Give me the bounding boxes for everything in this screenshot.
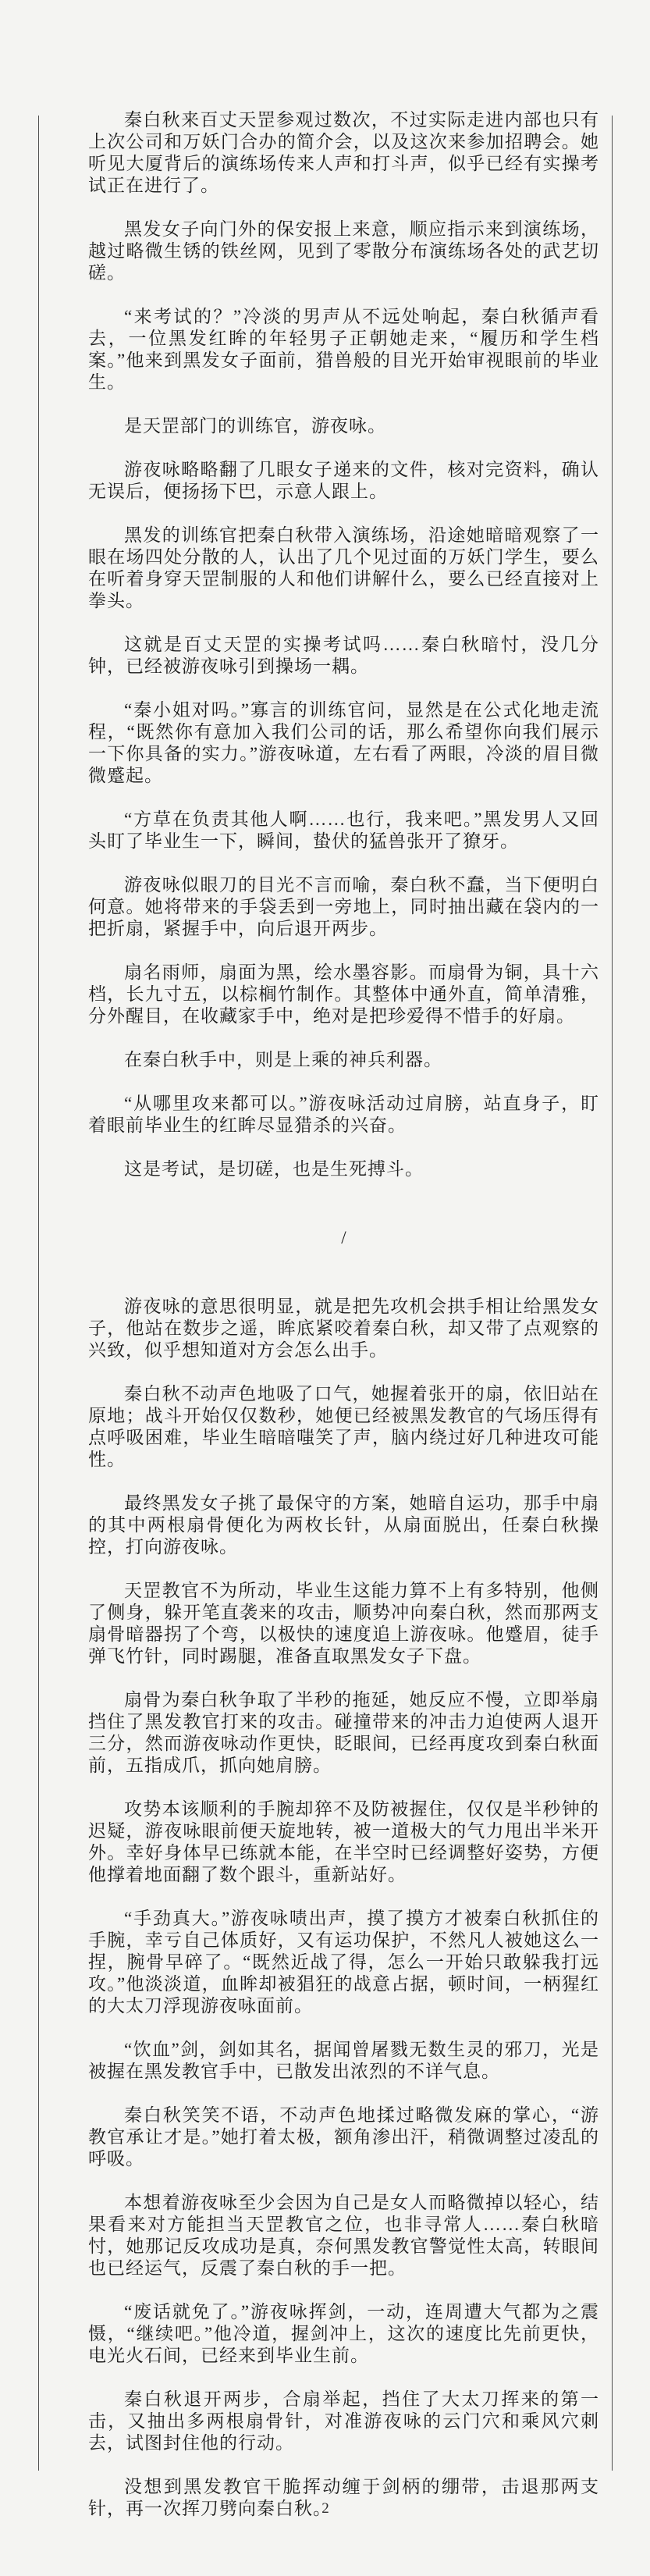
paragraph: 在秦白秋手中，则是上乘的神兵利器。 xyxy=(88,1049,599,1071)
paragraph: “秦小姐对吗。”寡言的训练官问，显然是在公式化地走流程，“既然你有意加入我们公司… xyxy=(88,699,599,787)
paragraph: 游夜咏的意思很明显，就是把先攻机会拱手相让给黑发女子，他站在数步之遥，眸底紧咬着… xyxy=(88,1296,599,1361)
text-column: 秦白秋来百丈天罡参观过数次，不过实际走进内部也只有上次公司和万妖门合办的简介会，… xyxy=(88,109,599,2542)
paragraph: “废话就免了。”游夜咏挥剑，一动，连周遭大气都为之震慑，“继续吧。”他冷道，握剑… xyxy=(88,2301,599,2367)
paragraph: 秦白秋笑笑不语，不动声色地揉过略微发麻的掌心，“游教官承让才是。”她打着太极，额… xyxy=(88,2105,599,2170)
paragraph: 黑发的训练官把秦白秋带入演练场，沿途她暗暗观察了一眼在场四处分散的人，认出了几个… xyxy=(88,525,599,612)
paragraph: “来考试的？”冷淡的男声从不远处响起，秦白秋循声看去，一位黑发红眸的年轻男子正朝… xyxy=(88,306,599,393)
paragraph: 这就是百丈天罡的实操考试吗……秦白秋暗忖，没几分钟，已经被游夜咏引到操场一耦。 xyxy=(88,634,599,678)
paragraph: 攻势本该顺利的手腕却猝不及防被握住，仅仅是半秒钟的迟疑，游夜咏眼前便天旋地转，被… xyxy=(88,1799,599,1886)
paragraph: 秦白秋不动声色地吸了口气，她握着张开的扇，依旧站在原地；战斗开始仅仅数秒，她便已… xyxy=(88,1383,599,1471)
paragraph: “手劲真大。”游夜咏啧出声，摸了摸方才被秦白秋抓住的手腕，幸亏自己体质好，又有运… xyxy=(88,1908,599,2017)
page-number: 2 xyxy=(38,2500,613,2518)
paragraph: 秦白秋退开两步，合扇举起，挡住了大太刀挥来的第一击，又抽出多两根扇骨针，对准游夜… xyxy=(88,2389,599,2454)
paragraph: 这是考试，是切磋，也是生死搏斗。 xyxy=(88,1158,599,1180)
paragraph: 是天罡部门的训练官，游夜咏。 xyxy=(88,415,599,437)
paragraph: 扇名雨师，扇面为黑，绘水墨容影。而扇骨为铜，具十六档，长九寸五，以棕榈竹制作。其… xyxy=(88,962,599,1027)
paragraph: 本想着游夜咏至少会因为自己是女人而略微掉以轻心，结果看来对方能担当天罡教官之位，… xyxy=(88,2192,599,2279)
section-divider: / xyxy=(88,1227,599,1249)
paragraph: 黑发女子向门外的保安报上来意，顺应指示来到演练场，越过略微生锈的铁丝网，见到了零… xyxy=(88,219,599,284)
paragraph: “饮血”剑，剑如其名，据闻曾屠戮无数生灵的邪刀，光是被握在黑发教官手中，已散发出… xyxy=(88,2039,599,2083)
paragraph: “方草在负责其他人啊……也行，我来吧。”黑发男人又回头盯了毕业生一下，瞬间，蛰伏… xyxy=(88,809,599,852)
reader-page-background: { "document": { "page_number": "2", "col… xyxy=(0,0,650,2576)
paragraph: “从哪里攻来都可以。”游夜咏活动过肩膀，站直身子，盯着眼前毕业生的红眸尽显猎杀的… xyxy=(88,1093,599,1137)
paragraph: 游夜咏似眼刀的目光不言而喻，秦白秋不蠢，当下便明白何意。她将带来的手袋丢到一旁地… xyxy=(88,874,599,940)
paragraph: 游夜咏略略翻了几眼女子递来的文件，核对完资料，确认无误后，便扬扬下巴，示意人跟上… xyxy=(88,459,599,503)
paragraph: 秦白秋来百丈天罡参观过数次，不过实际走进内部也只有上次公司和万妖门合办的简介会，… xyxy=(88,109,599,197)
paragraph: 天罡教官不为所动，毕业生这能力算不上有多特别，他侧了侧身，躲开笔直袭来的攻击，顺… xyxy=(88,1580,599,1667)
paragraph: 最终黑发女子挑了最保守的方案，她暗自运功，那手中扇的其中两根扇骨便化为两枚长针，… xyxy=(88,1493,599,1558)
paragraph: 扇骨为秦白秋争取了半秒的拖延，她反应不慢，立即举扇挡住了黑发教官打来的攻击。碰撞… xyxy=(88,1689,599,1777)
